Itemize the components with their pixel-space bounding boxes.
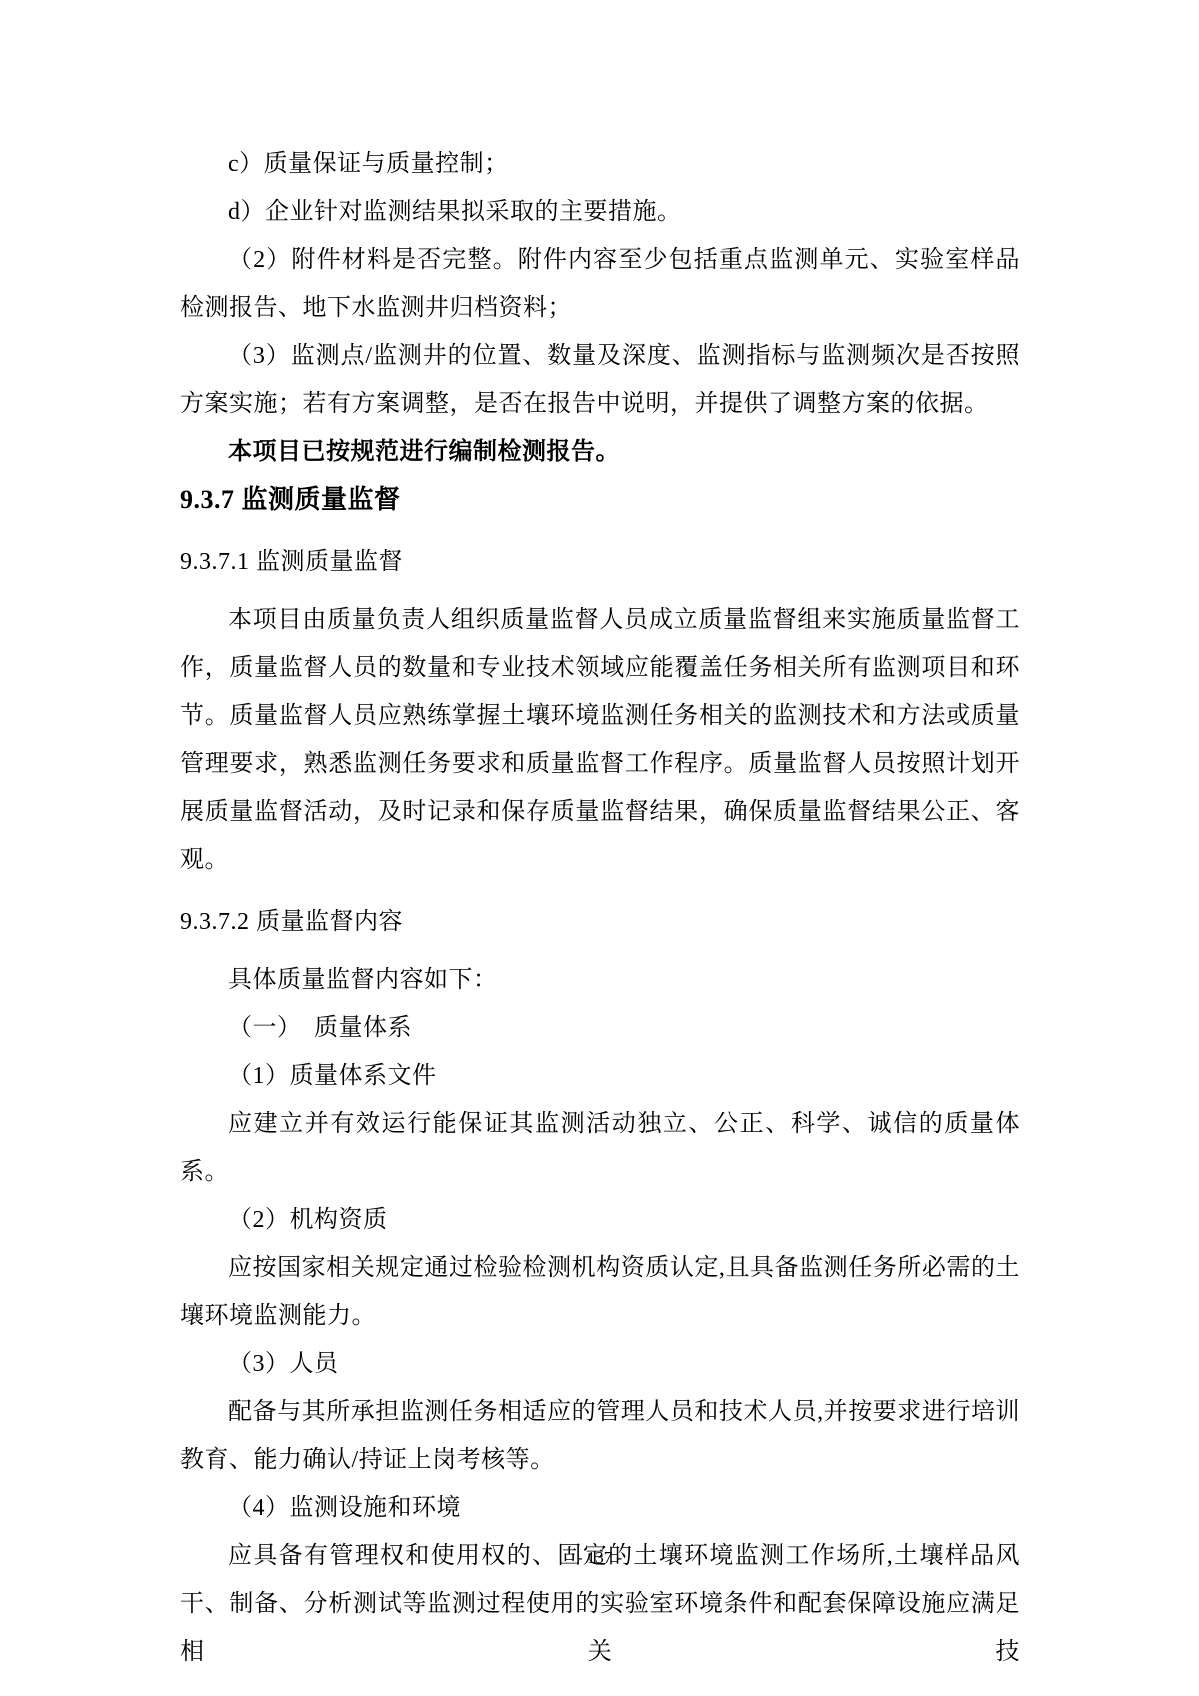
paragraph-monitoring-point-check: （3）监测点/监测井的位置、数量及深度、监测指标与监测频次是否按照方案实施；若有… <box>180 332 1020 428</box>
document-page: c）质量保证与质量控制； d）企业针对监测结果拟采取的主要措施。 （2）附件材料… <box>0 0 1199 1696</box>
list-item-personnel: （3）人员 <box>180 1340 1020 1388</box>
paragraph-personnel-requirement: 配备与其所承担监测任务相适应的管理人员和技术人员,并按要求进行培训教育、能力确认… <box>180 1388 1020 1484</box>
paragraph-quality-supervision: 本项目由质量负责人组织质量监督人员成立质量监督组来实施质量监督工作，质量监督人员… <box>180 596 1020 884</box>
paragraph-qualification-requirement: 应按国家相关规定通过检验检测机构资质认定,且具备监测任务所必需的土壤环境监测能力… <box>180 1244 1020 1340</box>
paragraph-content-intro: 具体质量监督内容如下： <box>180 956 1020 1004</box>
conclusion-statement: 本项目已按规范进行编制检测报告。 <box>180 428 1020 476</box>
page-number: - 137 - <box>0 1548 1199 1568</box>
list-item-facilities: （4）监测设施和环境 <box>180 1484 1020 1532</box>
list-item-org-qualification: （2）机构资质 <box>180 1196 1020 1244</box>
subsection-heading-9-3-7-1: 9.3.7.1 监测质量监督 <box>180 538 1020 586</box>
list-item-c: c）质量保证与质量控制； <box>180 140 1020 188</box>
list-item-quality-system: （一） 质量体系 <box>180 1004 1020 1052</box>
section-heading-9-3-7: 9.3.7 监测质量监督 <box>180 476 1020 524</box>
paragraph-attachment-check: （2）附件材料是否完整。附件内容至少包括重点监测单元、实验室样品检测报告、地下水… <box>180 236 1020 332</box>
list-item-d: d）企业针对监测结果拟采取的主要措施。 <box>180 188 1020 236</box>
subsection-heading-9-3-7-2: 9.3.7.2 质量监督内容 <box>180 898 1020 946</box>
list-item-quality-system-docs: （1）质量体系文件 <box>180 1052 1020 1100</box>
paragraph-quality-system-requirement: 应建立并有效运行能保证其监测活动独立、公正、科学、诚信的质量体系。 <box>180 1100 1020 1196</box>
document-body: c）质量保证与质量控制； d）企业针对监测结果拟采取的主要措施。 （2）附件材料… <box>180 140 1020 1676</box>
